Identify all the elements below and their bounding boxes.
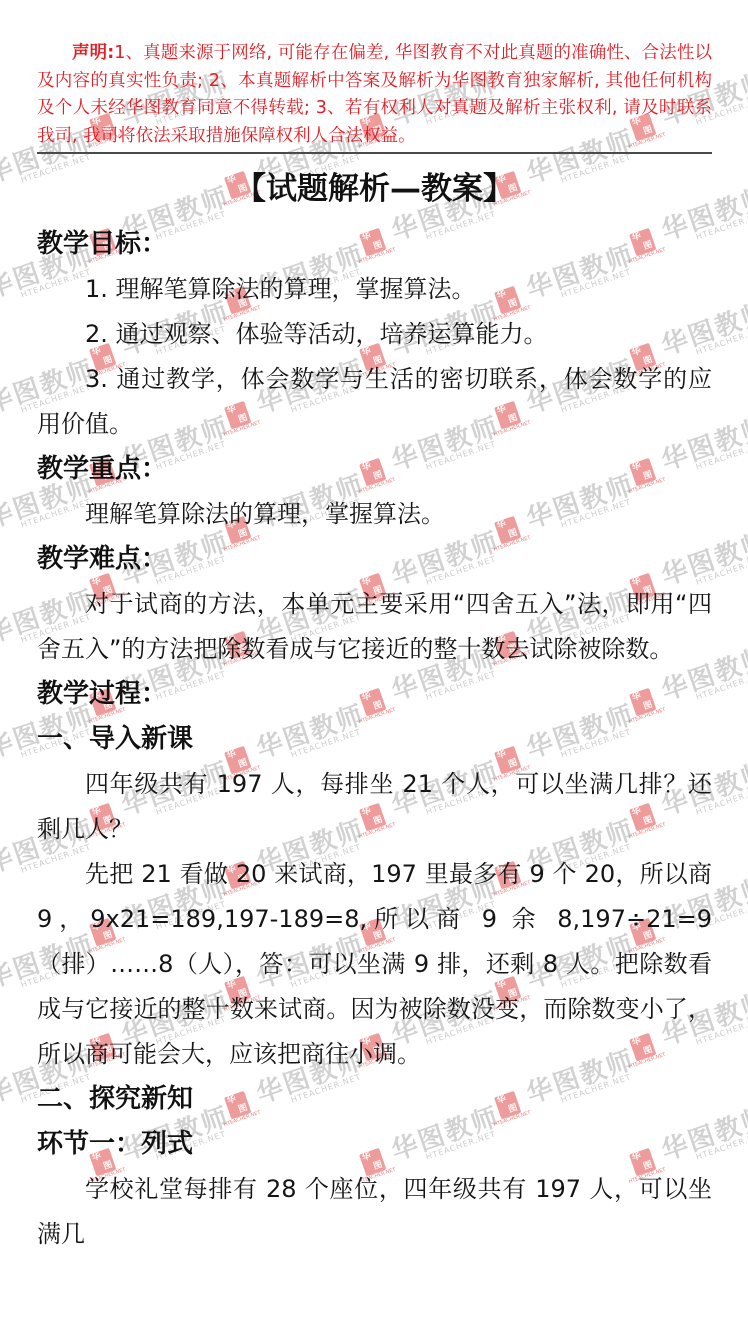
divider-line bbox=[37, 152, 712, 154]
body-paragraph: 对于试商的方法，本单元主要采用“四舍五入”法，即用“四舍五入”的方法把除数看成与… bbox=[37, 582, 712, 672]
section-heading: 教学过程： bbox=[37, 672, 712, 717]
document-page: 华图 HTEACHER.NET 华图教师 HTEACHER.NET 华图 HTE… bbox=[0, 0, 748, 1335]
body-paragraph: 3. 通过教学，体会数学与生活的密切联系，体会数学的应用价值。 bbox=[37, 357, 712, 447]
body-paragraph: 理解笔算除法的算理，掌握算法。 bbox=[37, 492, 712, 537]
disclaimer-label: 声明: bbox=[72, 43, 114, 63]
section-heading: 二、探究新知 bbox=[37, 1077, 712, 1122]
body-paragraph: 1. 理解笔算除法的算理，掌握算法。 bbox=[37, 267, 712, 312]
section-heading: 教学目标： bbox=[37, 222, 712, 267]
section-heading: 环节一：列式 bbox=[37, 1122, 712, 1167]
page-content: 声明:1、真题来源于网络, 可能存在偏差, 华图教育不对此真题的准确性、合法性以… bbox=[0, 0, 748, 1257]
document-body: 教学目标：1. 理解笔算除法的算理，掌握算法。2. 通过观察、体验等活动，培养运… bbox=[37, 222, 712, 1257]
disclaimer-body: 1、真题来源于网络, 可能存在偏差, 华图教育不对此真题的准确性、合法性以及内容… bbox=[37, 43, 712, 146]
body-paragraph: 学校礼堂每排有 28 个座位，四年级共有 197 人，可以坐满几 bbox=[37, 1167, 712, 1257]
body-paragraph: 2. 通过观察、体验等活动，培养运算能力。 bbox=[37, 312, 712, 357]
section-heading: 一、导入新课 bbox=[37, 717, 712, 762]
body-paragraph: 先把 21 看做 20 来试商，197 里最多有 9 个 20，所以商 9，9x… bbox=[37, 852, 712, 1077]
page-title: 【试题解析—教案】 bbox=[37, 161, 712, 217]
section-heading: 教学难点： bbox=[37, 537, 712, 582]
section-heading: 教学重点： bbox=[37, 447, 712, 492]
body-paragraph: 四年级共有 197 人，每排坐 21 个人，可以坐满几排？还剩几人？ bbox=[37, 762, 712, 852]
disclaimer-text: 声明:1、真题来源于网络, 可能存在偏差, 华图教育不对此真题的准确性、合法性以… bbox=[37, 40, 712, 150]
